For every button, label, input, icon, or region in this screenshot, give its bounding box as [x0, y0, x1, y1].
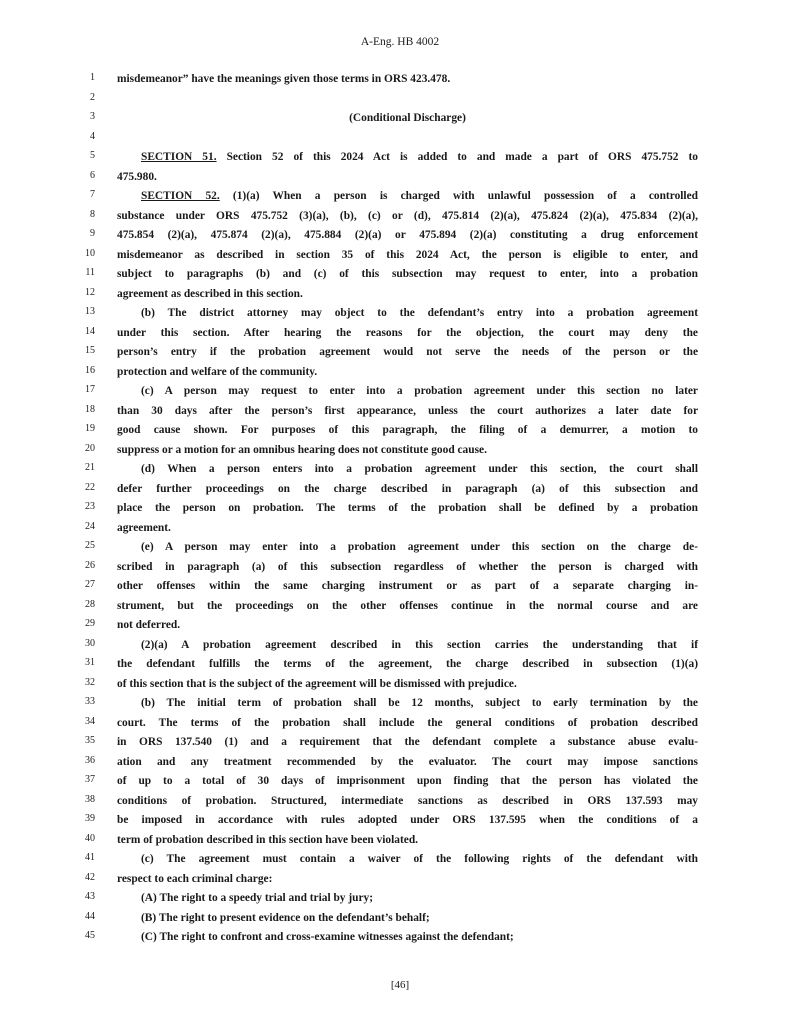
bill-line: 11subject to paragraphs (b) and (c) of t… — [0, 265, 800, 285]
bill-line: 40term of probation described in this se… — [0, 831, 800, 851]
line-text: (c) The agreement must contain a waiver … — [117, 850, 698, 870]
line-number: 1 — [55, 72, 95, 83]
line-number: 9 — [55, 228, 95, 239]
bill-line: 29not deferred. — [0, 616, 800, 636]
line-text: (b) The district attorney may object to … — [117, 304, 698, 324]
line-number: 22 — [55, 482, 95, 493]
bill-line: 28strument, but the proceedings on the o… — [0, 597, 800, 617]
bill-line: 16protection and welfare of the communit… — [0, 363, 800, 383]
line-text: agreement. — [117, 519, 698, 539]
bill-line: 23place the person on probation. The ter… — [0, 499, 800, 519]
line-number: 15 — [55, 345, 95, 356]
bill-line: 20suppress or a motion for an omnibus he… — [0, 441, 800, 461]
line-text: misdemeanor” have the meanings given tho… — [117, 70, 698, 90]
bill-line: 44(B) The right to present evidence on t… — [0, 909, 800, 929]
bill-line: 33(b) The initial term of probation shal… — [0, 694, 800, 714]
line-number: 13 — [55, 306, 95, 317]
line-number: 30 — [55, 638, 95, 649]
line-text: misdemeanor as described in section 35 o… — [117, 246, 698, 266]
line-number: 24 — [55, 521, 95, 532]
bill-line: 37of up to a total of 30 days of impriso… — [0, 772, 800, 792]
bill-line: 2 — [0, 90, 800, 110]
bill-line: 7SECTION 52. (1)(a) When a person is cha… — [0, 187, 800, 207]
bill-line: 34court. The terms of the probation shal… — [0, 714, 800, 734]
bill-line: 31the defendant fulfills the terms of th… — [0, 655, 800, 675]
line-number: 40 — [55, 833, 95, 844]
line-number: 2 — [55, 92, 95, 103]
section-text: (1)(a) When a person is charged with unl… — [220, 190, 698, 202]
document-header: A-Eng. HB 4002 — [0, 36, 800, 48]
line-number: 41 — [55, 852, 95, 863]
bill-line: 45(C) The right to confront and cross-ex… — [0, 928, 800, 948]
bill-line: 12agreement as described in this section… — [0, 285, 800, 305]
section-number: SECTION 52. — [141, 190, 220, 202]
bill-line: 27other offenses within the same chargin… — [0, 577, 800, 597]
line-text: (b) The initial term of probation shall … — [117, 694, 698, 714]
bill-line: 30(2)(a) A probation agreement described… — [0, 636, 800, 656]
line-number: 17 — [55, 384, 95, 395]
line-text: good cause shown. For purposes of this p… — [117, 421, 698, 441]
line-text: subject to paragraphs (b) and (c) of thi… — [117, 265, 698, 285]
line-number: 35 — [55, 735, 95, 746]
line-text: (B) The right to present evidence on the… — [117, 909, 698, 929]
bill-line: 21(d) When a person enters into a probat… — [0, 460, 800, 480]
bill-line: 24agreement. — [0, 519, 800, 539]
line-number: 12 — [55, 287, 95, 298]
line-number: 34 — [55, 716, 95, 727]
bill-line: 39be imposed in accordance with rules ad… — [0, 811, 800, 831]
section-text: Section 52 of this 2024 Act is added to … — [217, 151, 698, 163]
line-text: substance under ORS 475.752 (3)(a), (b),… — [117, 207, 698, 227]
line-number: 26 — [55, 560, 95, 571]
line-text: the defendant fulfills the terms of the … — [117, 655, 698, 675]
line-number: 8 — [55, 209, 95, 220]
bill-line: 26scribed in paragraph (a) of this subse… — [0, 558, 800, 578]
bill-line: 19good cause shown. For purposes of this… — [0, 421, 800, 441]
line-number: 23 — [55, 501, 95, 512]
line-text: (d) When a person enters into a probatio… — [117, 460, 698, 480]
bill-line: 35in ORS 137.540 (1) and a requirement t… — [0, 733, 800, 753]
line-text: suppress or a motion for an omnibus hear… — [117, 441, 698, 461]
line-number: 19 — [55, 423, 95, 434]
line-text: (C) The right to confront and cross-exam… — [117, 928, 698, 948]
bill-line: 42respect to each criminal charge: — [0, 870, 800, 890]
bill-line: 36ation and any treatment recommended by… — [0, 753, 800, 773]
line-text: SECTION 51. Section 52 of this 2024 Act … — [117, 148, 698, 168]
bill-line: 5SECTION 51. Section 52 of this 2024 Act… — [0, 148, 800, 168]
section-heading: (Conditional Discharge) — [117, 109, 698, 129]
line-number: 36 — [55, 755, 95, 766]
line-number: 27 — [55, 579, 95, 590]
line-text: not deferred. — [117, 616, 698, 636]
line-text: term of probation described in this sect… — [117, 831, 698, 851]
line-number: 42 — [55, 872, 95, 883]
bill-line: 38conditions of probation. Structured, i… — [0, 792, 800, 812]
line-number: 39 — [55, 813, 95, 824]
line-text: respect to each criminal charge: — [117, 870, 698, 890]
line-number: 25 — [55, 540, 95, 551]
line-text: scribed in paragraph (a) of this subsect… — [117, 558, 698, 578]
bill-line: 10misdemeanor as described in section 35… — [0, 246, 800, 266]
line-text: agreement as described in this section. — [117, 285, 698, 305]
line-text: than 30 days after the person’s first ap… — [117, 402, 698, 422]
bill-line: 14under this section. After hearing the … — [0, 324, 800, 344]
section-number: SECTION 51. — [141, 151, 217, 163]
line-text: in ORS 137.540 (1) and a requirement tha… — [117, 733, 698, 753]
line-number: 37 — [55, 774, 95, 785]
line-text: defer further proceedings on the charge … — [117, 480, 698, 500]
bill-line: 6475.980. — [0, 168, 800, 188]
line-number: 14 — [55, 326, 95, 337]
line-text: other offenses within the same charging … — [117, 577, 698, 597]
bill-line: 22defer further proceedings on the charg… — [0, 480, 800, 500]
line-text: 475.854 (2)(a), 475.874 (2)(a), 475.884 … — [117, 226, 698, 246]
line-text: (e) A person may enter into a probation … — [117, 538, 698, 558]
line-text: (c) A person may request to enter into a… — [117, 382, 698, 402]
line-text: (A) The right to a speedy trial and tria… — [117, 889, 698, 909]
line-number: 11 — [55, 267, 95, 278]
line-text: of this section that is the subject of t… — [117, 675, 698, 695]
line-number: 33 — [55, 696, 95, 707]
line-text: ation and any treatment recommended by t… — [117, 753, 698, 773]
line-number: 16 — [55, 365, 95, 376]
line-number: 45 — [55, 930, 95, 941]
line-text: court. The terms of the probation shall … — [117, 714, 698, 734]
line-number: 32 — [55, 677, 95, 688]
page-number: [46] — [0, 979, 800, 991]
line-number: 6 — [55, 170, 95, 181]
line-number: 29 — [55, 618, 95, 629]
line-number: 28 — [55, 599, 95, 610]
bill-line: 41(c) The agreement must contain a waive… — [0, 850, 800, 870]
line-number: 7 — [55, 189, 95, 200]
line-number: 10 — [55, 248, 95, 259]
line-number: 44 — [55, 911, 95, 922]
line-text: protection and welfare of the community. — [117, 363, 698, 383]
bill-line: 4 — [0, 129, 800, 149]
line-text: of up to a total of 30 days of imprisonm… — [117, 772, 698, 792]
bill-line: 17(c) A person may request to enter into… — [0, 382, 800, 402]
line-number: 4 — [55, 131, 95, 142]
bill-line: 32of this section that is the subject of… — [0, 675, 800, 695]
line-number: 43 — [55, 891, 95, 902]
line-number: 3 — [55, 111, 95, 122]
bill-page-body: 1misdemeanor” have the meanings given th… — [0, 70, 800, 948]
line-text: person’s entry if the probation agreemen… — [117, 343, 698, 363]
line-text: be imposed in accordance with rules adop… — [117, 811, 698, 831]
bill-line: 3(Conditional Discharge) — [0, 109, 800, 129]
line-text: (2)(a) A probation agreement described i… — [117, 636, 698, 656]
bill-line: 15person’s entry if the probation agreem… — [0, 343, 800, 363]
bill-line: 43(A) The right to a speedy trial and tr… — [0, 889, 800, 909]
line-number: 18 — [55, 404, 95, 415]
bill-line: 1misdemeanor” have the meanings given th… — [0, 70, 800, 90]
line-text: SECTION 52. (1)(a) When a person is char… — [117, 187, 698, 207]
bill-line: 25(e) A person may enter into a probatio… — [0, 538, 800, 558]
line-text: under this section. After hearing the re… — [117, 324, 698, 344]
line-text: place the person on probation. The terms… — [117, 499, 698, 519]
line-number: 31 — [55, 657, 95, 668]
line-number: 38 — [55, 794, 95, 805]
line-number: 21 — [55, 462, 95, 473]
line-number: 20 — [55, 443, 95, 454]
bill-line: 18than 30 days after the person’s first … — [0, 402, 800, 422]
line-text: conditions of probation. Structured, int… — [117, 792, 698, 812]
line-text: 475.980. — [117, 168, 698, 188]
line-number: 5 — [55, 150, 95, 161]
line-text: strument, but the proceedings on the oth… — [117, 597, 698, 617]
bill-line: 13(b) The district attorney may object t… — [0, 304, 800, 324]
bill-line: 9475.854 (2)(a), 475.874 (2)(a), 475.884… — [0, 226, 800, 246]
bill-line: 8substance under ORS 475.752 (3)(a), (b)… — [0, 207, 800, 227]
